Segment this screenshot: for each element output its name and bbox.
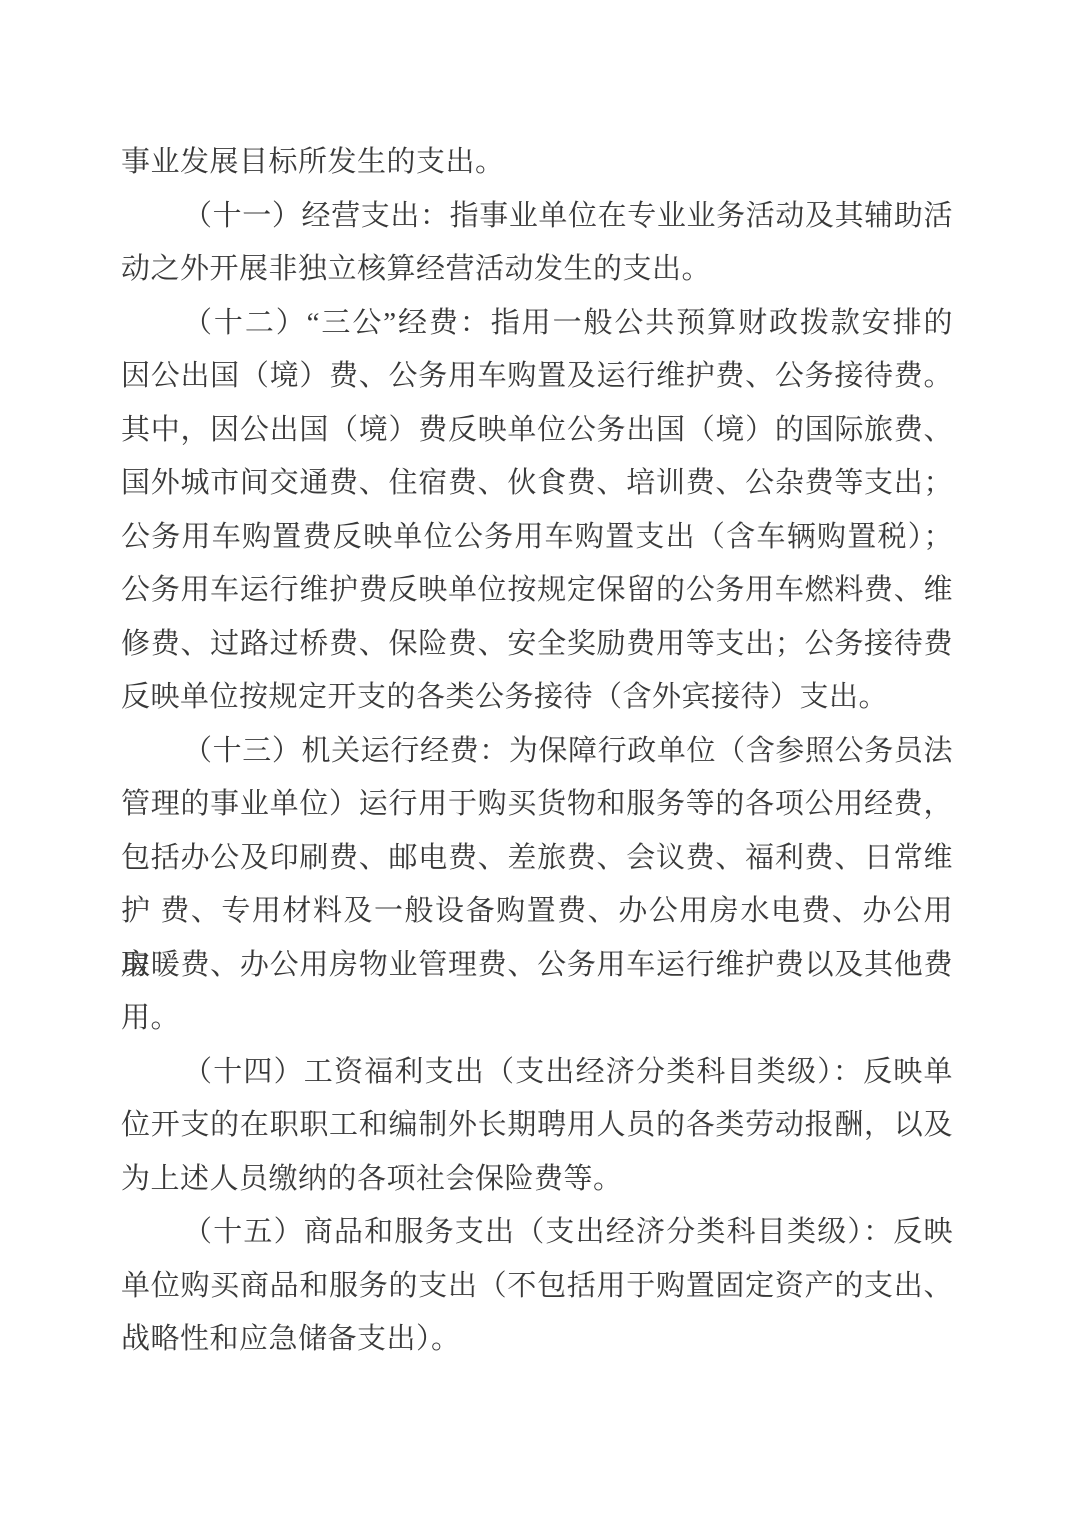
text-line: 动之外开展非独立核算经营活动发生的支出。 — [121, 243, 953, 297]
text-line: 其中，因公出国（境）费反映单位公务出国（境）的国际旅费、 — [121, 404, 953, 458]
text-line: 事业发展目标所发生的支出。 — [121, 136, 953, 190]
text-line: 位开支的在职职工和编制外长期聘用人员的各类劳动报酬，以及 — [121, 1099, 953, 1153]
text-line: （十二）“三公”经费：指用一般公共预算财政拨款安排的 — [121, 297, 953, 351]
document-page: 事业发展目标所发生的支出。（十一）经营支出：指事业单位在专业业务活动及其辅助活动… — [0, 0, 1074, 1520]
text-line: 为上述人员缴纳的各项社会保险费等。 — [121, 1153, 953, 1207]
text-line: 反映单位按规定开支的各类公务接待（含外宾接待）支出。 — [121, 671, 953, 725]
text-line: 护 费、专用材料及一般设备购置费、办公用房水电费、办公用房 — [121, 885, 953, 939]
text-line: （十三）机关运行经费：为保障行政单位（含参照公务员法 — [121, 725, 953, 779]
paragraph: （十五）商品和服务支出（支出经济分类科目类级）：反映单位购买商品和服务的支出（不… — [121, 1206, 953, 1367]
text-line: 取暖费、办公用房物业管理费、公务用车运行维护费以及其他费 — [121, 939, 953, 993]
text-line: 修费、过路过桥费、保险费、安全奖励费用等支出；公务接待费 — [121, 618, 953, 672]
text-line: 公务用车运行维护费反映单位按规定保留的公务用车燃料费、维 — [121, 564, 953, 618]
text-line: 战略性和应急储备支出）。 — [121, 1313, 953, 1367]
paragraph: （十二）“三公”经费：指用一般公共预算财政拨款安排的因公出国（境）费、公务用车购… — [121, 297, 953, 725]
paragraph: （十三）机关运行经费：为保障行政单位（含参照公务员法管理的事业单位）运行用于购买… — [121, 725, 953, 1046]
text-line: 单位购买商品和服务的支出（不包括用于购置固定资产的支出、 — [121, 1260, 953, 1314]
text-line: （十五）商品和服务支出（支出经济分类科目类级）：反映 — [121, 1206, 953, 1260]
text-line: 管理的事业单位）运行用于购买货物和服务等的各项公用经费， — [121, 778, 953, 832]
text-line: （十四）工资福利支出（支出经济分类科目类级）：反映单 — [121, 1046, 953, 1100]
document-body: 事业发展目标所发生的支出。（十一）经营支出：指事业单位在专业业务活动及其辅助活动… — [121, 136, 953, 1367]
text-line: 因公出国（境）费、公务用车购置及运行维护费、公务接待费。 — [121, 350, 953, 404]
text-line: 公务用车购置费反映单位公务用车购置支出（含车辆购置税）； — [121, 511, 953, 565]
text-line: 用。 — [121, 992, 953, 1046]
text-line: 包括办公及印刷费、邮电费、差旅费、会议费、福利费、日常维 — [121, 832, 953, 886]
paragraph: （十一）经营支出：指事业单位在专业业务活动及其辅助活动之外开展非独立核算经营活动… — [121, 190, 953, 297]
paragraph: 事业发展目标所发生的支出。 — [121, 136, 953, 190]
paragraph: （十四）工资福利支出（支出经济分类科目类级）：反映单位开支的在职职工和编制外长期… — [121, 1046, 953, 1207]
text-line: 国外城市间交通费、住宿费、伙食费、培训费、公杂费等支出； — [121, 457, 953, 511]
text-line: （十一）经营支出：指事业单位在专业业务活动及其辅助活 — [121, 190, 953, 244]
